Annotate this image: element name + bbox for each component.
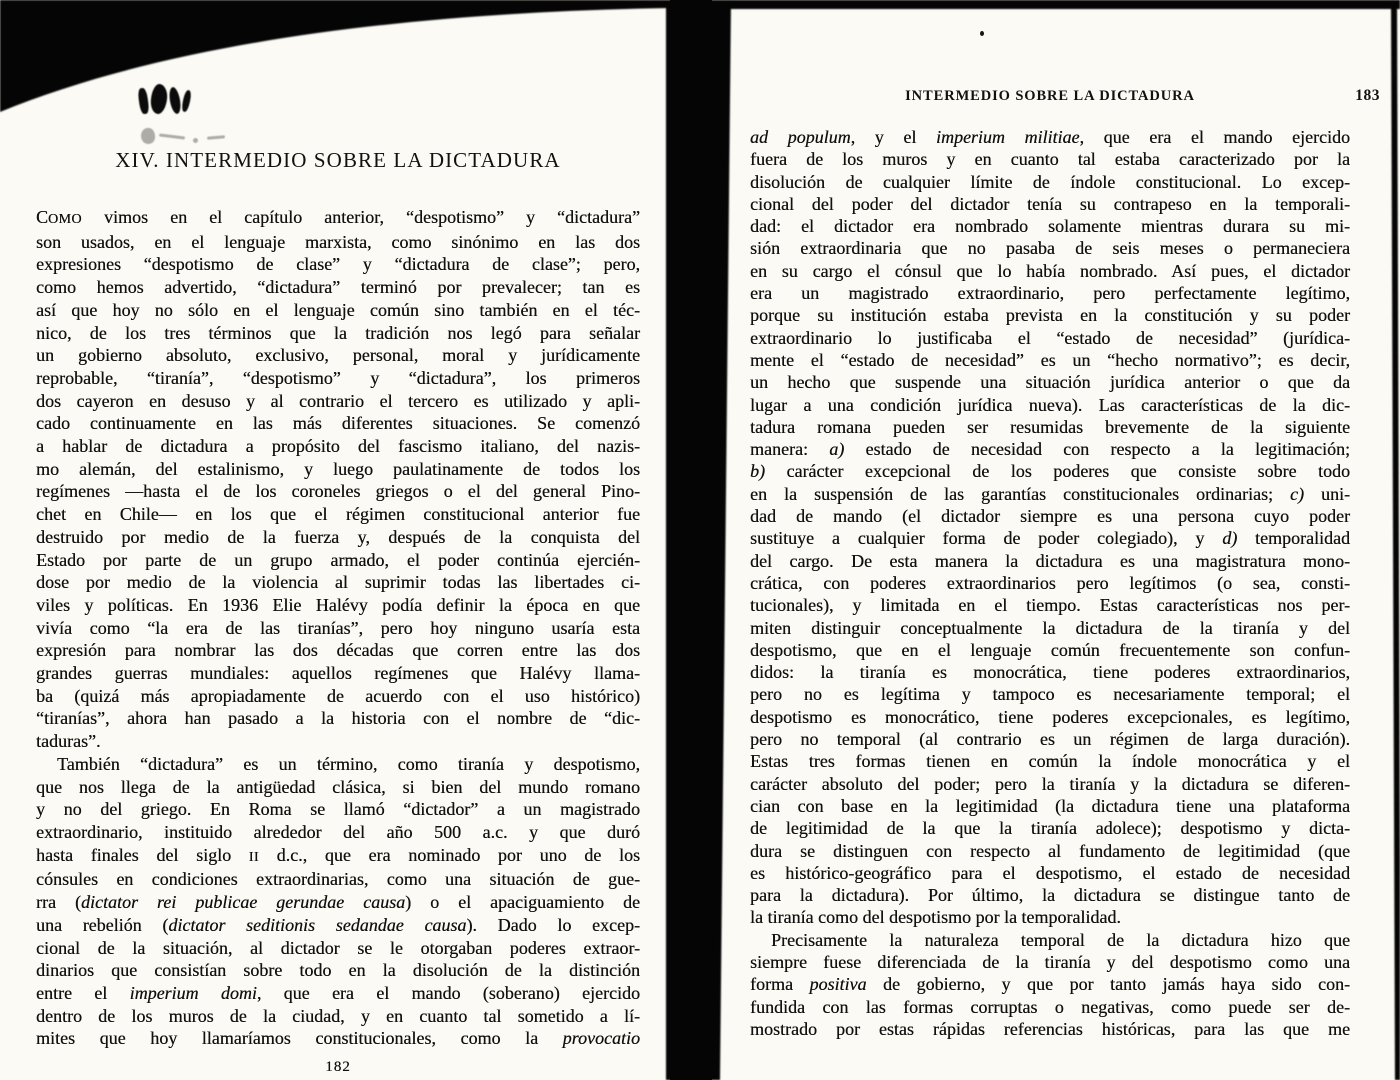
text-line: forma positiva de gobierno, y que por ta…: [750, 973, 1350, 995]
text-line: entre el imperium domi, que era el mando…: [36, 982, 640, 1005]
text-line: porque su institución estaba prevista en…: [750, 304, 1350, 326]
text-line: nico, de los tres términos que la tradic…: [36, 322, 640, 345]
left-body-text: Como vimos en el capítulo anterior, “des…: [36, 206, 640, 1050]
text-line: cional de la situación, al dictador se l…: [36, 937, 640, 960]
text-line: un gobierno absoluto, exclusivo, persona…: [36, 344, 640, 367]
text-line: sión extraordinaria que no pasaba de sei…: [750, 237, 1350, 259]
right-page-number: 183: [1355, 87, 1380, 105]
text-line: que nos llega de la antigüedad clásica, …: [36, 776, 640, 799]
text-line: dad: el dictador era nombrado solamente …: [750, 215, 1350, 237]
text-line: carácter absoluto del poder; pero la tir…: [750, 773, 1350, 795]
text-line: una rebelión (dictator seditionis sedand…: [36, 914, 640, 937]
text-line: disolución de cualquier límite de índole…: [750, 171, 1350, 193]
left-page-number: 182: [36, 1059, 640, 1076]
text-line: un hecho que suspende una situación jurí…: [750, 371, 1350, 393]
text-line: así que hoy no sólo en el lenguaje común…: [36, 299, 640, 322]
text-line: Como vimos en el capítulo anterior, “des…: [36, 206, 640, 231]
text-line: dura se distinguen con respecto al funda…: [750, 840, 1350, 862]
text-line: dos cayeron en desuso y al contrario el …: [36, 390, 640, 413]
text-line: b) carácter excepcional de los poderes q…: [750, 460, 1350, 482]
text-line: dad de mando (el dictador siempre es una…: [750, 505, 1350, 527]
text-line: despotismo es monocrático, tiene poderes…: [750, 706, 1350, 728]
text-line: Estado por parte de un grupo armado, el …: [36, 549, 640, 572]
text-line: grandes guerras mundiales: aquellos regí…: [36, 662, 640, 685]
text-line: destruido por medio de la fuerza y, desp…: [36, 526, 640, 549]
text-line: y no del griego. En Roma se llamó “dicta…: [36, 798, 640, 821]
text-line: mostrado por estas rápidas referencias h…: [750, 1018, 1350, 1040]
text-line: mo alemán, del estalinismo, y luego paul…: [36, 458, 640, 481]
text-line: extraordinario, instituido alrededor del…: [36, 821, 640, 844]
text-line: despotismo, que en el lenguaje común fre…: [750, 639, 1350, 661]
text-line: lugar a una condición jurídica nueva). L…: [750, 394, 1350, 416]
text-line: hasta finales del siglo ii d.c., que era…: [36, 844, 640, 869]
left-text-column: XIV. INTERMEDIO SOBRE LA DICTADURA Como …: [36, 148, 640, 1076]
text-line: miten distinguir conceptualmente la dict…: [750, 617, 1350, 639]
text-line: sustituye a cualquier forma de poder col…: [750, 527, 1350, 549]
text-line: regímenes —hasta el de los coroneles gri…: [36, 480, 640, 503]
text-line: vivía como “la era de las tiranías”, per…: [36, 617, 640, 640]
text-line: expresiones “despotismo de clase” y “dic…: [36, 253, 640, 276]
text-line: cado continuamente en las más diferentes…: [36, 412, 640, 435]
text-line: es histórico-geográfico para el despotis…: [750, 862, 1350, 884]
text-line: pero no temporal (al contrario es un rég…: [750, 728, 1350, 750]
text-line: ad populum, y el imperium militiae, que …: [750, 126, 1350, 148]
text-line: para la dictadura). Por último, la dicta…: [750, 884, 1350, 906]
running-header: INTERMEDIO SOBRE LA DICTADURA 183: [750, 88, 1350, 108]
text-line: la tiranía como del despotismo por la te…: [750, 906, 1350, 928]
text-line: tucionales), y limitada en el tiempo. Es…: [750, 594, 1350, 616]
right-body-text: ad populum, y el imperium militiae, que …: [750, 126, 1350, 1040]
text-line: viles y políticas. En 1936 Elie Halévy p…: [36, 594, 640, 617]
chapter-title: XIV. INTERMEDIO SOBRE LA DICTADURA: [36, 148, 640, 173]
text-line: tadura romana pueden ser resumidas breve…: [750, 416, 1350, 438]
text-line: pero no es legítima y tampoco es necesar…: [750, 683, 1350, 705]
text-line: siempre fuese diferenciada de la tiranía…: [750, 951, 1350, 973]
text-line: “tiranías”, ahora han pasado a la histor…: [36, 707, 640, 730]
text-line: fuera de los muros y en cuanto tal estab…: [750, 148, 1350, 170]
text-line: rra (dictator rei publicae gerundae caus…: [36, 891, 640, 914]
running-header-title: INTERMEDIO SOBRE LA DICTADURA: [750, 88, 1350, 105]
text-line: expresión para nombrar las dos décadas q…: [36, 639, 640, 662]
text-line: Estas tres formas tienen en común la índ…: [750, 750, 1350, 772]
text-line: Precisamente la naturaleza temporal de l…: [750, 929, 1350, 951]
text-line: como hemos advertido, “dictadura” termin…: [36, 276, 640, 299]
text-line: dose por medio de la violencia al suprim…: [36, 571, 640, 594]
text-line: fundida con las formas corruptas o negat…: [750, 996, 1350, 1018]
text-line: mites que hoy llamaríamos constitucional…: [36, 1027, 640, 1050]
text-line: dentro de los muros de la ciudad, y en c…: [36, 1005, 640, 1028]
text-line: en su cargo el cónsul que lo había nombr…: [750, 260, 1350, 282]
text-line: taduras”.: [36, 730, 640, 753]
text-line: del cargo. De esta manera la dictadura e…: [750, 550, 1350, 572]
text-line: También “dictadura” es un término, como …: [36, 753, 640, 776]
book-scan: XIV. INTERMEDIO SOBRE LA DICTADURA Como …: [0, 0, 1400, 1080]
text-line: son usados, en el lenguaje marxista, com…: [36, 231, 640, 254]
text-line: didos: la tiranía es monocrática, tiene …: [750, 661, 1350, 683]
text-line: de legitimidad de la que la tiranía adol…: [750, 817, 1350, 839]
text-line: cional del poder del dictador tenía su c…: [750, 193, 1350, 215]
text-line: en la suspensión de las garantías consti…: [750, 483, 1350, 505]
text-line: extraordinario lo justificaba el “estado…: [750, 327, 1350, 349]
text-line: a hablar de dictadura a propósito del fa…: [36, 435, 640, 458]
text-line: chet en Chile— en los que el régimen con…: [36, 503, 640, 526]
text-line: cian con base en la legitimidad (la dict…: [750, 795, 1350, 817]
text-line: crática, con poderes extraordinarios per…: [750, 572, 1350, 594]
text-line: manera: a) estado de necesidad con respe…: [750, 438, 1350, 460]
text-line: dinarios que consistían sobre todo en la…: [36, 959, 640, 982]
text-line: era un magistrado extraordinario, pero p…: [750, 282, 1350, 304]
text-line: mente el “estado de necesidad” es un “he…: [750, 349, 1350, 371]
text-line: cónsules en condiciones extraordinarias,…: [36, 868, 640, 891]
right-text-column: INTERMEDIO SOBRE LA DICTADURA 183 ad pop…: [750, 88, 1350, 1040]
text-line: reprobable, “tiranía”, “despotismo” y “d…: [36, 367, 640, 390]
text-line: ba (quizá más apropiadamente de acuerdo …: [36, 685, 640, 708]
